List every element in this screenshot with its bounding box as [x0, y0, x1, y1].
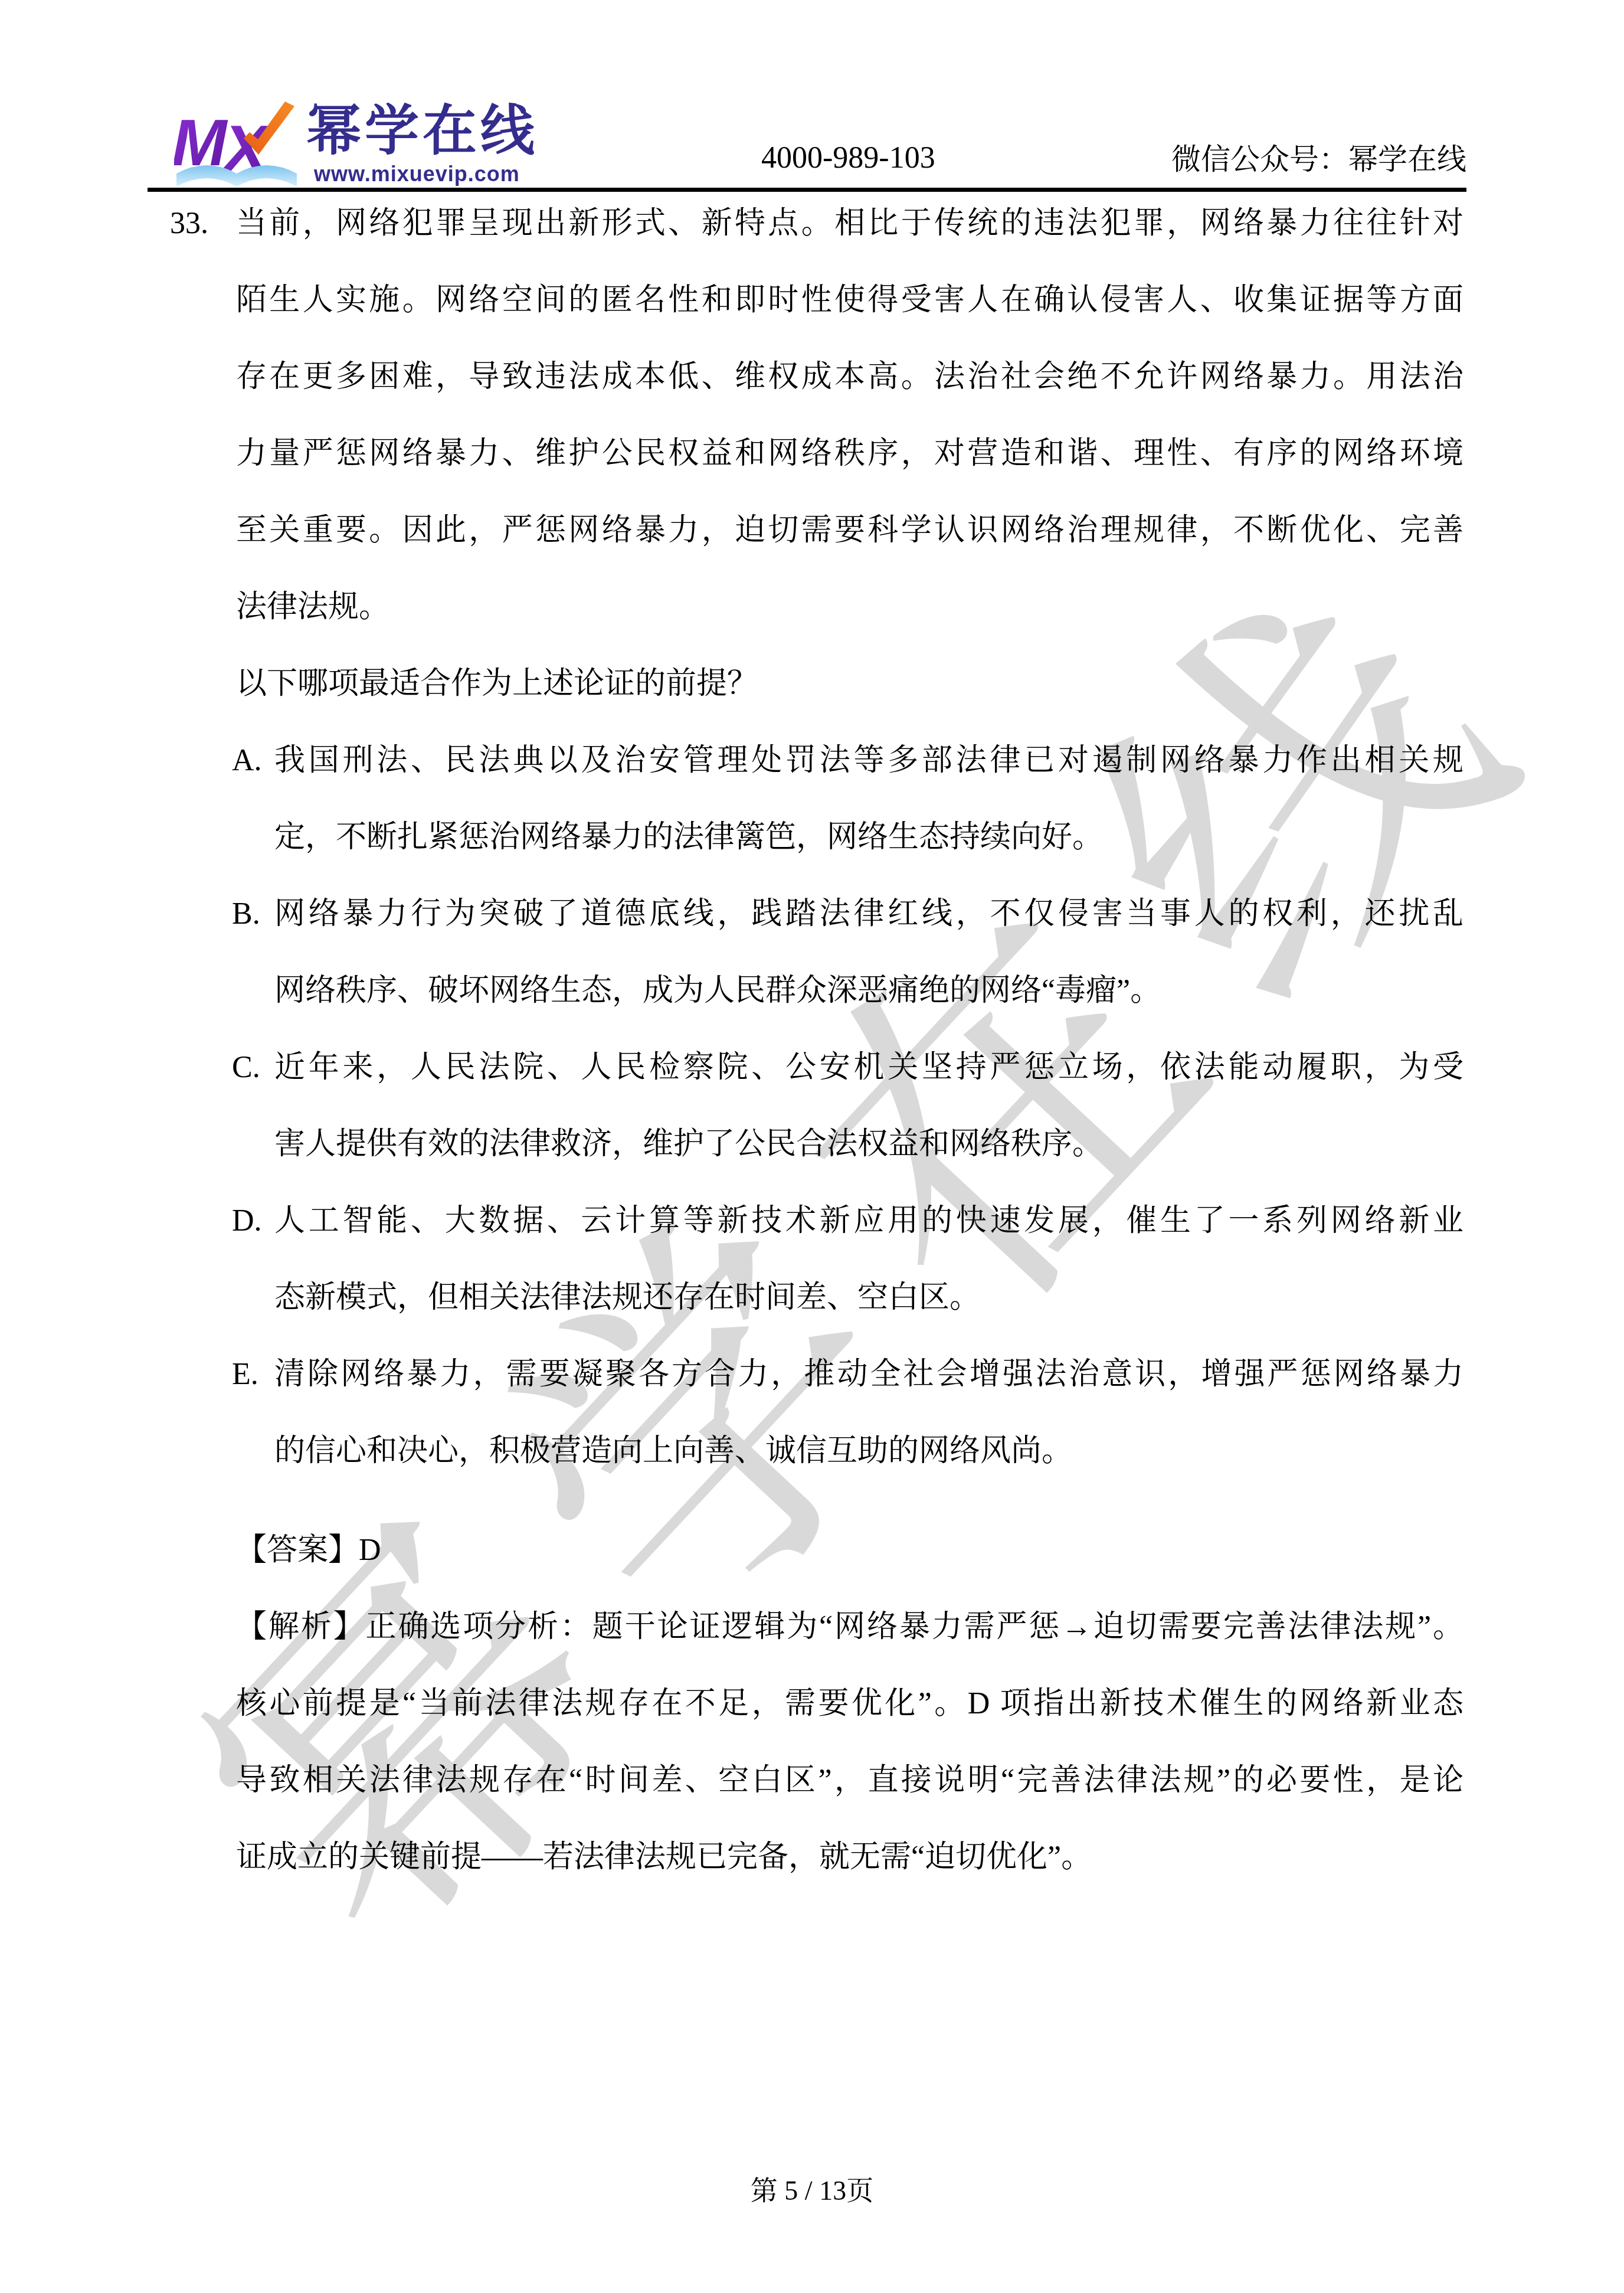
document-page: { "header": { "logo": { "mx": "MX", "bra…: [0, 0, 1624, 2293]
header-phone-number: 4000-989-103: [761, 140, 935, 176]
analysis-line: 【解析】正确选项分析：题干论证逻辑为“网络暴力需严惩→迫切需要完善法律法规”。: [236, 1589, 1463, 1666]
option-line: B.网络暴力行为突破了道德底线，践踏法律红线，不仅侵害当事人的权利，还扰乱: [274, 876, 1463, 953]
logo-website: www.mixuevip.com: [314, 162, 538, 187]
logo-brand-name: 幂学在线: [307, 102, 538, 161]
header-wechat-account: 微信公众号：幂学在线: [1171, 142, 1466, 177]
option-label: C.: [232, 1029, 260, 1106]
stem-line: 陌生人实施。网络空间的匿名性和即时性使得受害人在确认侵害人、收集证据等方面: [236, 262, 1463, 339]
prompt-line: 以下哪项最适合作为上述论证的前提？: [236, 646, 1463, 722]
page-number: 第 5 / 13页: [0, 2173, 1624, 2209]
stem-line: 法律法规。: [236, 569, 1463, 646]
stem-line: 当前，网络犯罪呈现出新形式、新特点。相比于传统的违法犯罪，网络暴力往往针对: [236, 185, 1463, 262]
option-b: B.网络暴力行为突破了道德底线，践踏法律红线，不仅侵害当事人的权利，还扰乱 网络…: [274, 876, 1463, 1029]
option-line: 定，不断扎紧惩治网络暴力的法律篱笆，网络生态持续向好。: [274, 799, 1463, 876]
option-line: 网络秩序、破坏网络生态，成为人民群众深恶痛绝的网络“毒瘤”。: [274, 953, 1463, 1029]
option-line: E.清除网络暴力，需要凝聚各方合力，推动全社会增强法治意识，增强严惩网络暴力: [274, 1336, 1463, 1413]
analysis-line: 导致相关法律法规存在“时间差、空白区”，直接说明“完善法律法规”的必要性，是论: [236, 1742, 1463, 1819]
option-line: A.我国刑法、民法典以及治安管理处罚法等多部法律已对遏制网络暴力作出相关规: [274, 722, 1463, 799]
answer-label: 【答案】: [236, 1533, 359, 1567]
logo-text-block: 幂学在线 www.mixuevip.com: [307, 102, 538, 187]
options-list: A.我国刑法、民法典以及治安管理处罚法等多部法律已对遏制网络暴力作出相关规 定，…: [274, 722, 1463, 1490]
option-label: E.: [232, 1336, 258, 1413]
option-line: 的信心和决心，积极营造向上向善、诚信互助的网络风尚。: [274, 1413, 1463, 1490]
stem-line: 至关重要。因此，严惩网络暴力，迫切需要科学认识网络治理规律，不断优化、完善: [236, 492, 1463, 569]
analysis-block: 【解析】正确选项分析：题干论证逻辑为“网络暴力需严惩→迫切需要完善法律法规”。 …: [236, 1589, 1463, 1896]
stem-line: 存在更多困难，导致违法成本低、维权成本高。法治社会绝不允许网络暴力。用法治: [236, 339, 1463, 416]
option-e: E.清除网络暴力，需要凝聚各方合力，推动全社会增强法治意识，增强严惩网络暴力 的…: [274, 1336, 1463, 1490]
analysis-line: 核心前提是“当前法律法规存在不足，需要优化”。D 项指出新技术催生的网络新业态: [236, 1666, 1463, 1742]
brand-logo: M X 幂学在线 www.mixuevip.com: [174, 102, 538, 190]
mx-book-logo-icon: M X: [174, 102, 301, 190]
question-number: 33.: [170, 185, 208, 262]
option-a: A.我国刑法、民法典以及治安管理处罚法等多部法律已对遏制网络暴力作出相关规 定，…: [274, 722, 1463, 876]
answer-row: 【答案】D: [236, 1512, 381, 1589]
option-label: B.: [232, 876, 260, 953]
question-prompt: 以下哪项最适合作为上述论证的前提？: [236, 646, 1463, 722]
option-line: D.人工智能、大数据、云计算等新技术新应用的快速发展，催生了一系列网络新业: [274, 1183, 1463, 1260]
option-label: D.: [232, 1183, 262, 1260]
option-line: 害人提供有效的法律救济，维护了公民合法权益和网络秩序。: [274, 1106, 1463, 1183]
stem-line: 力量严惩网络暴力、维护公民权益和网络秩序，对营造和谐、理性、有序的网络环境: [236, 416, 1463, 492]
option-line: C.近年来，人民法院、人民检察院、公安机关坚持严惩立场，依法能动履职，为受: [274, 1029, 1463, 1106]
option-label: A.: [232, 722, 262, 799]
option-line: 态新模式，但相关法律法规还存在时间差、空白区。: [274, 1260, 1463, 1336]
option-c: C.近年来，人民法院、人民检察院、公安机关坚持严惩立场，依法能动履职，为受 害人…: [274, 1029, 1463, 1183]
option-d: D.人工智能、大数据、云计算等新技术新应用的快速发展，催生了一系列网络新业 态新…: [274, 1183, 1463, 1336]
analysis-line: 证成立的关键前提——若法律法规已完备，就无需“迫切优化”。: [236, 1819, 1463, 1896]
answer-value: D: [359, 1533, 381, 1567]
question-stem: 当前，网络犯罪呈现出新形式、新特点。相比于传统的违法犯罪，网络暴力往往针对 陌生…: [236, 185, 1463, 646]
